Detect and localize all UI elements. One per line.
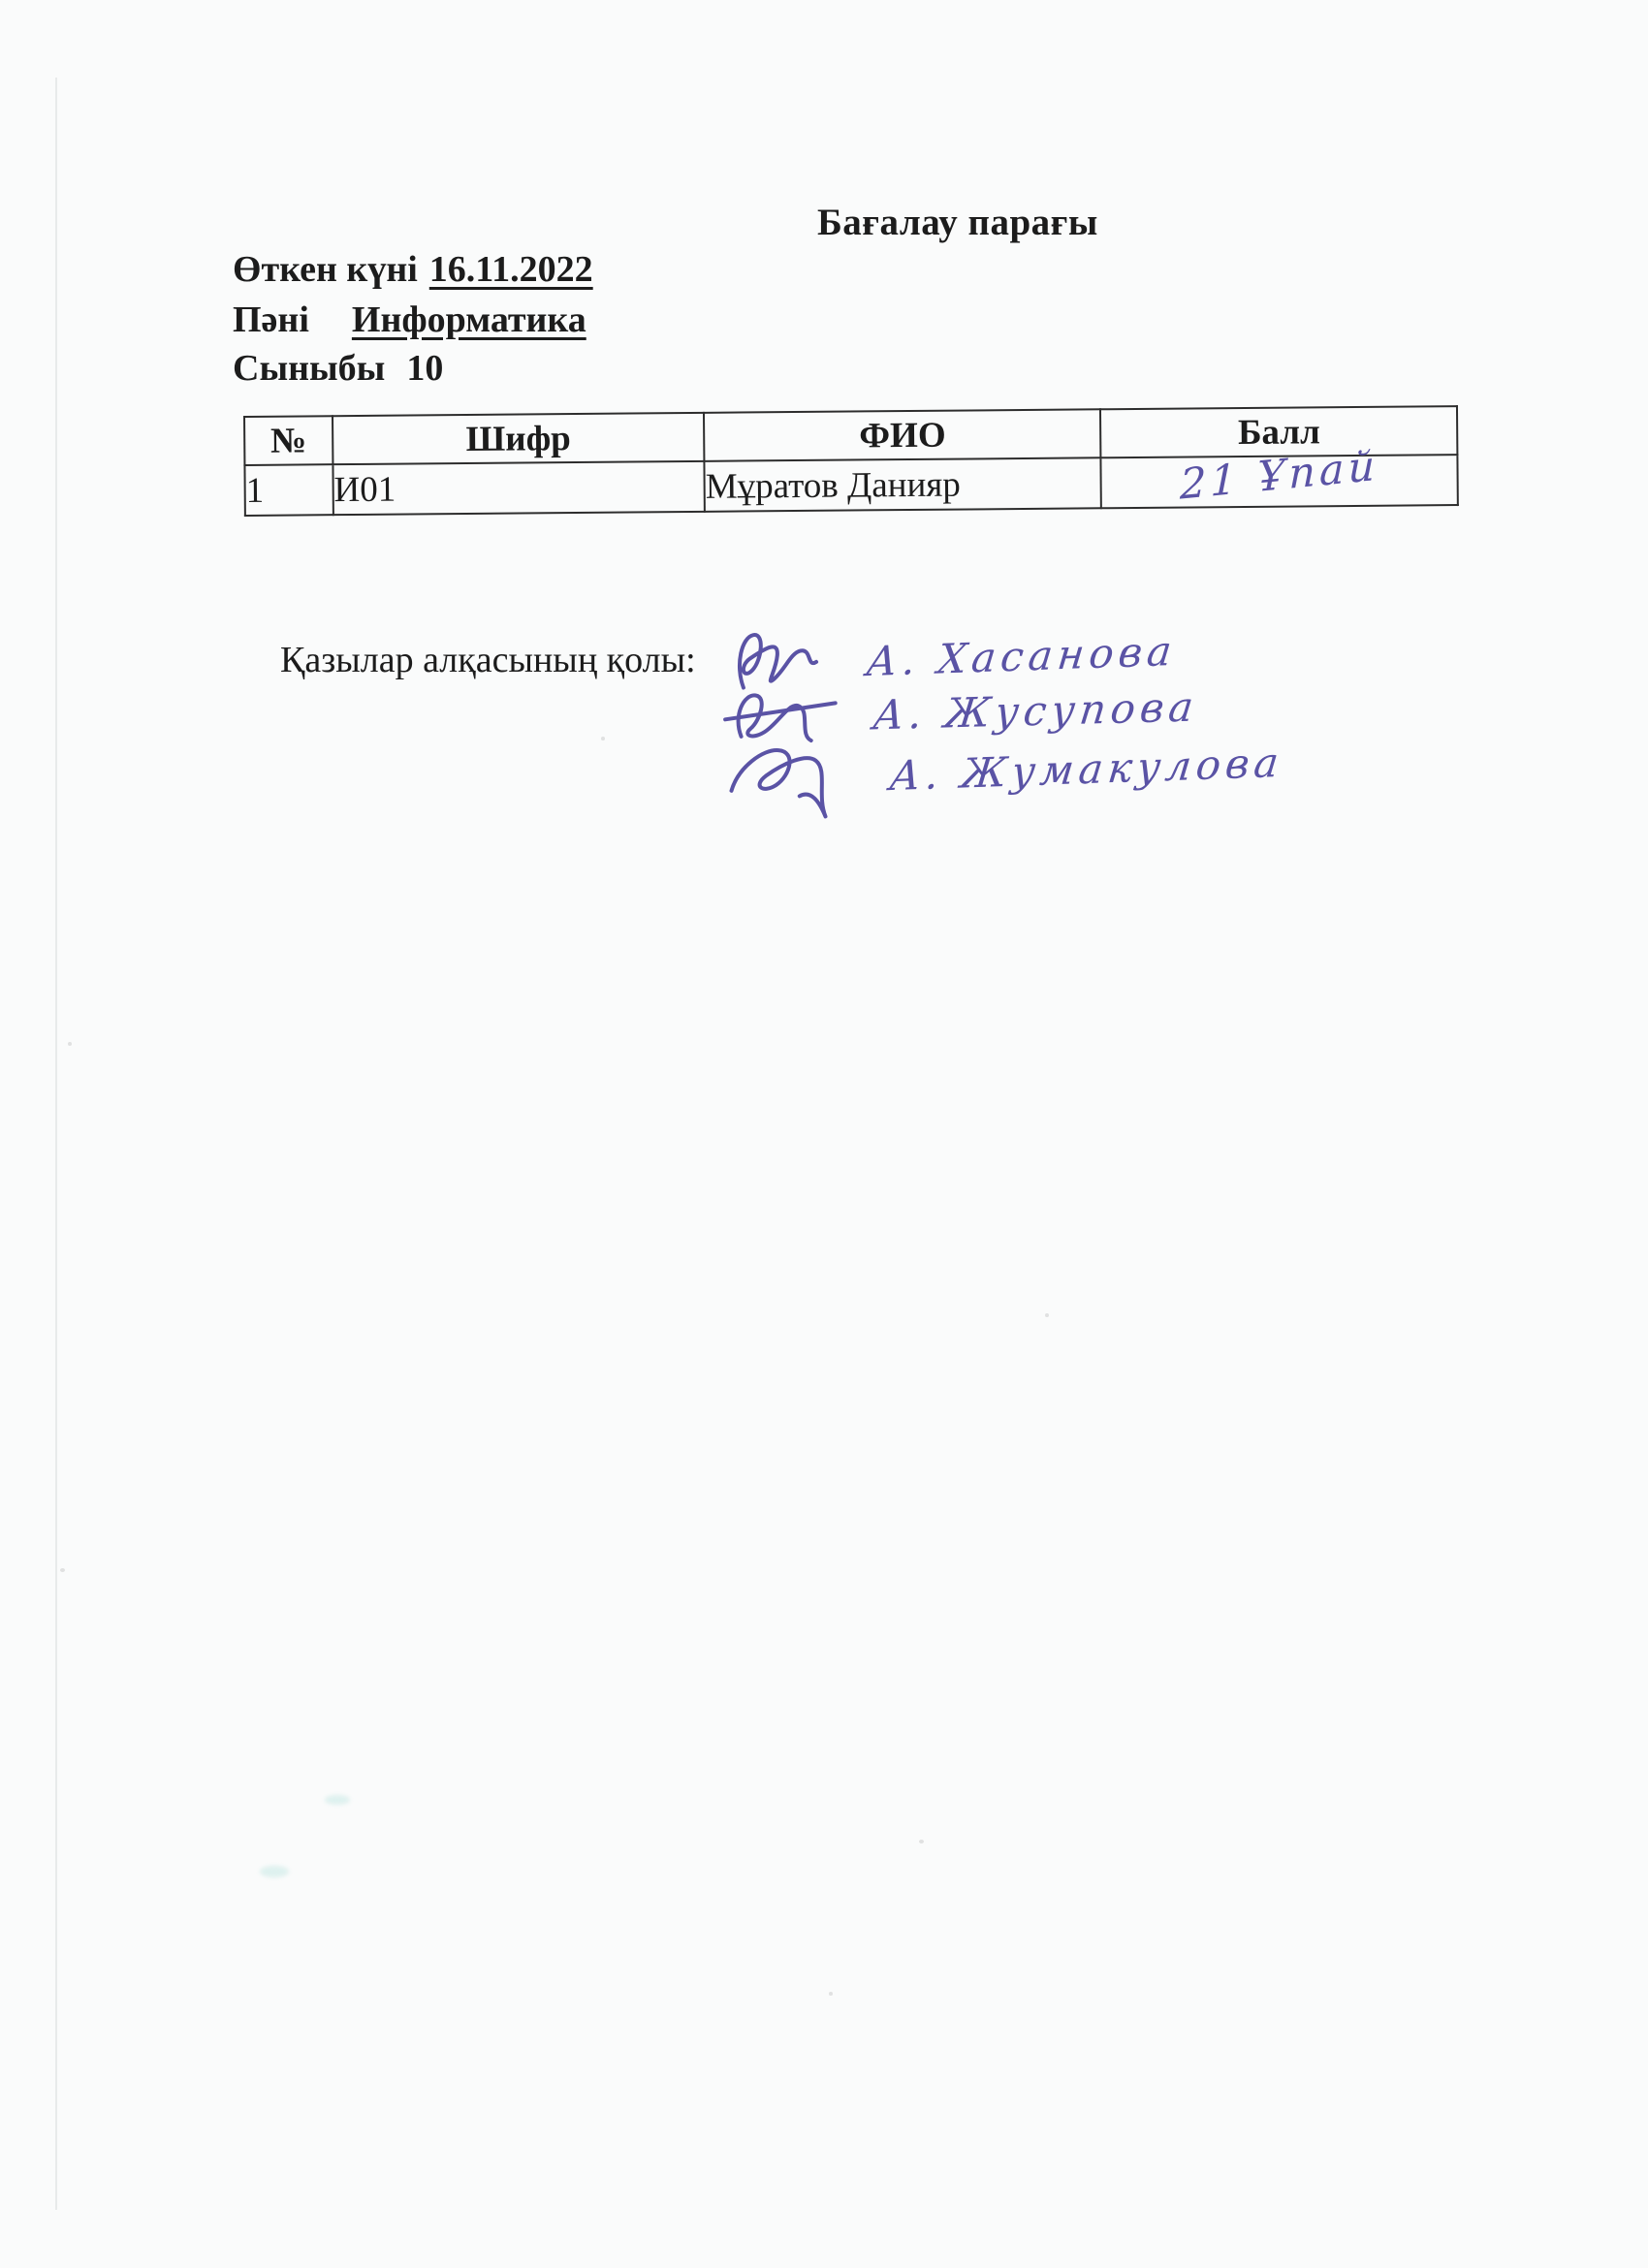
scan-speck [1045,1313,1049,1317]
scan-speck [601,737,605,740]
scan-speck [60,1568,65,1572]
cell-number: 1 [244,464,333,516]
field-subject-label: Пәні [233,299,309,340]
field-date-label: Өткен күні [233,249,418,290]
cell-fio: Мұратов Данияр [705,457,1102,512]
scan-speck [829,1992,833,1996]
signature-row-3: А. Жумакулова [722,715,1285,828]
scan-speck [919,1840,924,1843]
field-subject-value: Информатика [352,299,586,340]
scan-speck [68,1042,72,1046]
scan-smudge [325,1795,350,1805]
field-grade-label: Сыныбы [233,348,385,389]
column-header-cipher: Шифр [333,413,705,464]
column-header-fio: ФИО [704,409,1101,461]
field-subject: ПәніИнформатика [233,299,586,341]
score-table: № Шифр ФИО Балл 1 И01 Мұратов Данияр 21 … [243,405,1459,517]
table-row: 1 И01 Мұратов Данияр 21 Ұпай [244,455,1457,516]
cell-score: 21 Ұпай [1101,455,1458,508]
field-date-value: 16.11.2022 [429,249,593,290]
signature-name-3: А. Жумакулова [887,738,1285,799]
column-header-score: Балл [1100,406,1457,457]
cell-cipher: И01 [333,461,705,515]
signature-flourish-icon [722,730,871,828]
column-header-number: № [244,416,333,465]
scan-smudge [260,1866,289,1877]
scanner-edge-line [55,78,57,2210]
jury-signature-label: Қазылар алқасының қолы: [280,639,696,681]
field-grade: Сыныбы10 [233,347,443,390]
page-title: Бағалау парағы [817,201,1098,244]
scanned-evaluation-sheet: Бағалау парағы Өткен күні16.11.2022 Пәні… [0,0,1648,2268]
field-date: Өткен күні16.11.2022 [233,248,593,291]
field-grade-value: 10 [406,348,443,389]
